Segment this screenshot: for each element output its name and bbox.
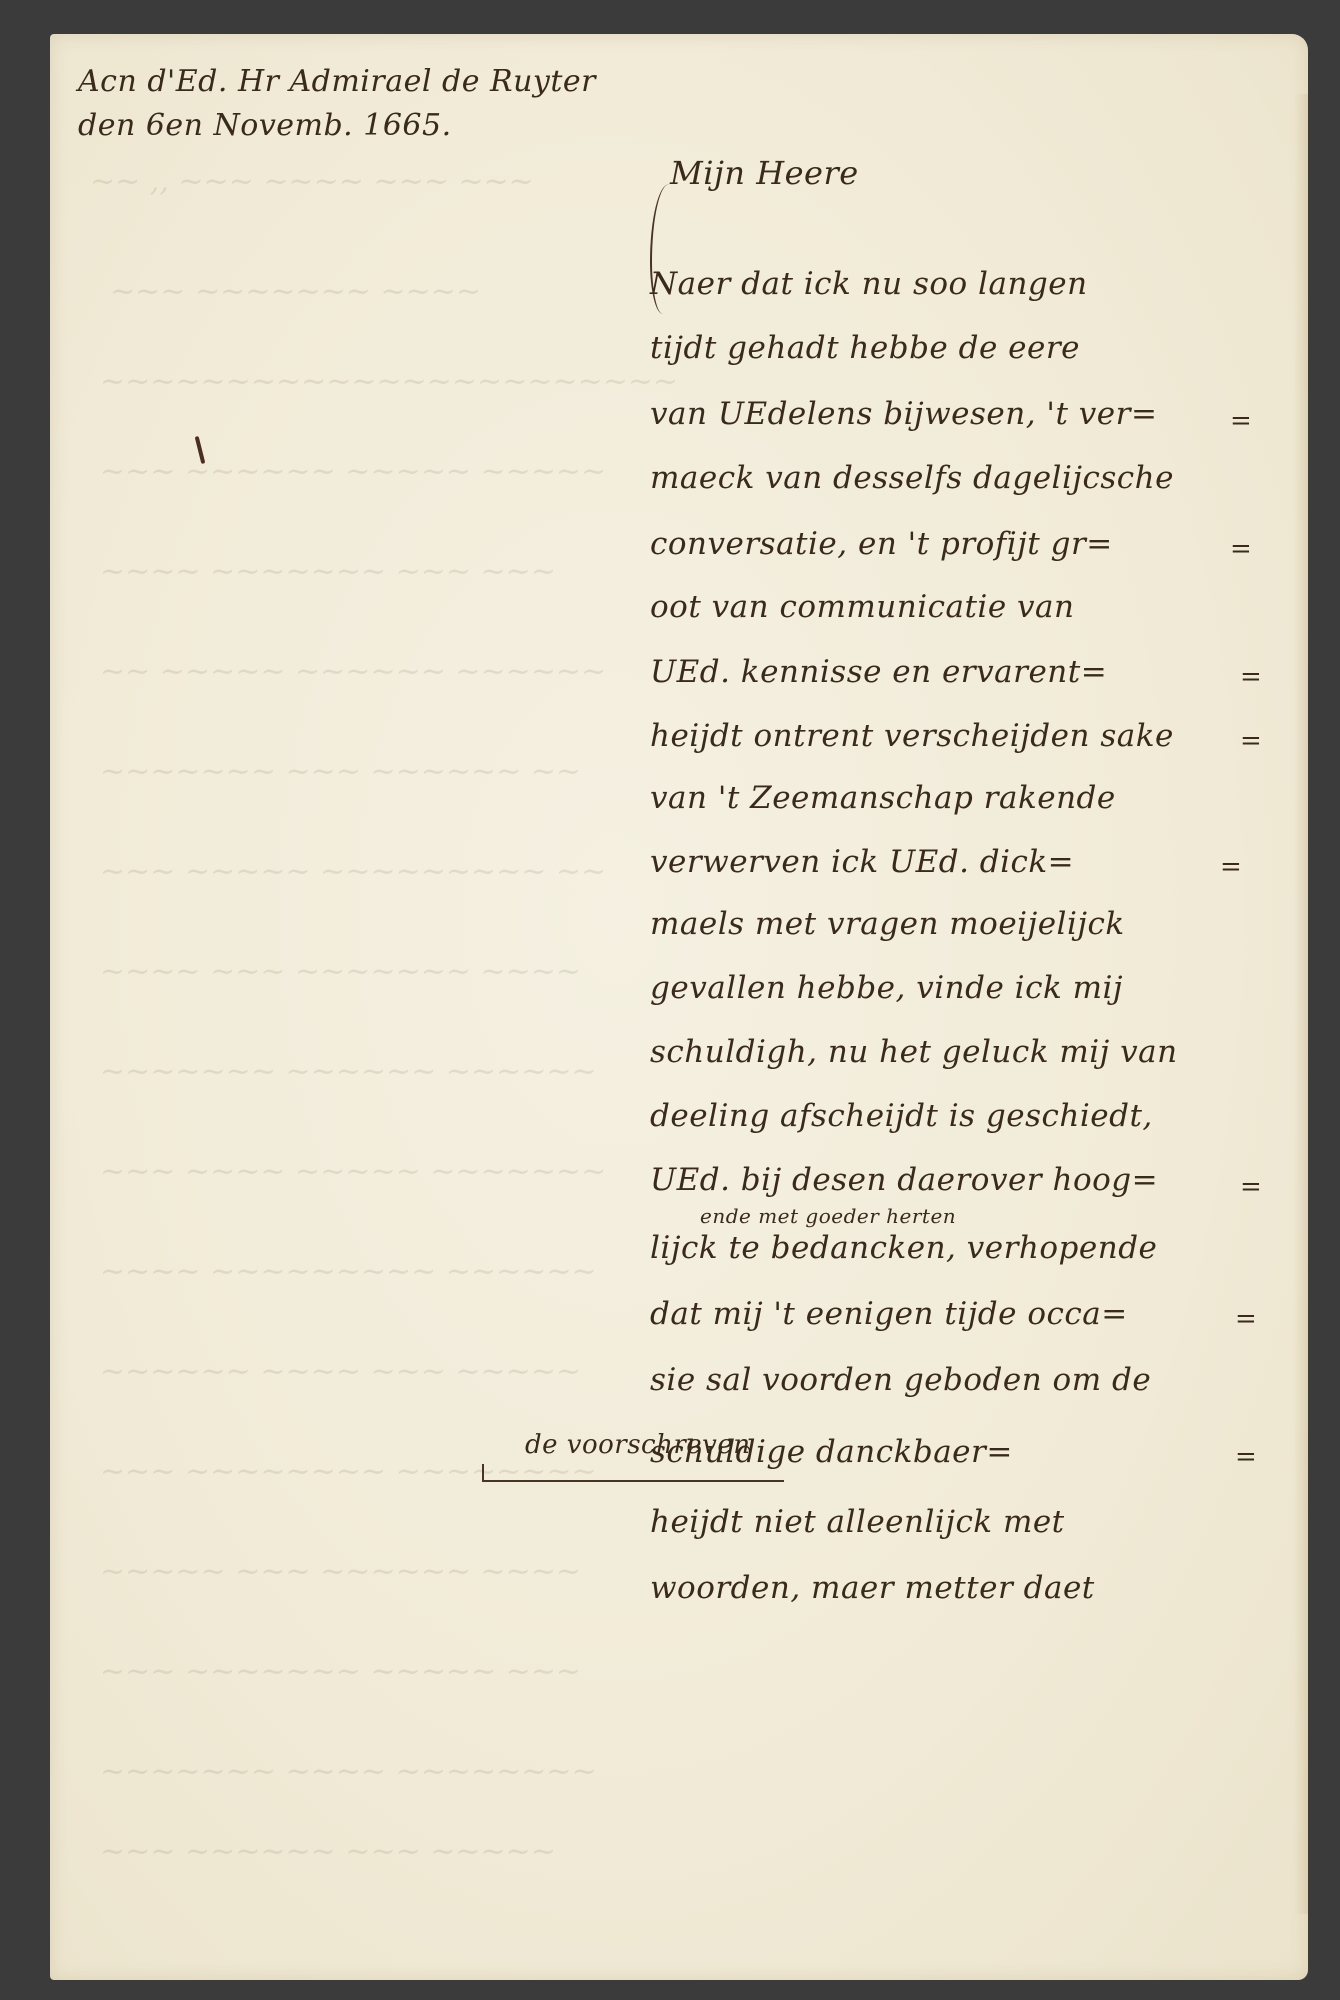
bleed-through-text: ~~~ ~~~~~~ ~~~ ~~~~~	[100, 1834, 556, 1869]
body-line: sie sal voorden geboden om de	[650, 1362, 1151, 1398]
interlinear-insertion: ende met goeder herten	[700, 1204, 956, 1228]
body-line: woorden, maer metter daet	[650, 1570, 1095, 1606]
body-line: conversatie, en 't profijt gr=	[650, 526, 1113, 562]
body-line: deeling afscheijdt is geschiedt,	[650, 1098, 1153, 1134]
body-line: verwerven ick UEd. dick=	[650, 844, 1074, 880]
bleed-through-text: ~~~~~~~ ~~~~~~ ~~~~~~	[100, 1054, 597, 1089]
bleed-through-text: ~~~~~~~ ~~~~ ~~~~~~~~	[100, 1754, 597, 1789]
hyphen-mark: =	[1240, 726, 1262, 756]
bleed-through-text: ~~ ~~~~~ ~~~~~~ ~~~~~~	[100, 654, 606, 689]
body-line: maeck van desselfs dagelijcsche	[650, 460, 1174, 496]
body-line: heijdt ontrent verscheijden sake	[650, 718, 1174, 754]
bleed-through-text: ~~~~~ ~~~ ~~~~~~ ~~~~	[100, 1554, 581, 1589]
bleed-through-text: ~~~ ~~~~ ~~~~~ ~~~~~~~	[100, 1154, 606, 1189]
body-line: gevallen hebbe, vinde ick mij	[650, 970, 1123, 1006]
manuscript-page: ~~ ,, ~~~ ~~~~ ~~~ ~~~ ~~~ ~~~~~~~ ~~~~ …	[50, 34, 1308, 1980]
header-line-1: Acn d'Ed. Hr Admirael de Ruyter	[78, 64, 596, 99]
body-line: lijck te bedancken, verhopende	[650, 1230, 1157, 1266]
hyphen-mark: =	[1220, 852, 1242, 882]
bleed-through-text: ~~~ ~~~~~~ ~~~~~ ~~~~~	[100, 454, 606, 489]
insertion-rule	[482, 1464, 784, 1482]
bleed-through-text: ~~~~~~~~~~~~~~~~~~~~~~~	[100, 364, 678, 399]
hyphen-mark: =	[1230, 406, 1252, 436]
bleed-through-text: ~~~ ~~~~~~~ ~~~~	[110, 274, 481, 309]
body-line: maels met vragen moeijelijck	[650, 906, 1125, 942]
bleed-through-text: ~~~~ ~~~~~~~ ~~~ ~~~	[100, 554, 556, 589]
bleed-through-text: ~~~~~~ ~~~~ ~~~ ~~~~~	[100, 1354, 581, 1389]
body-line: UEd. bij desen daerover hoog=	[650, 1162, 1158, 1198]
body-line: oot van communicatie van	[650, 589, 1075, 625]
bleed-through-text: ~~~~ ~~~~~~~~~ ~~~~~~	[100, 1254, 597, 1289]
body-line: van 't Zeemanschap rakende	[650, 780, 1116, 816]
bleed-through-text: ~~ ,, ~~~ ~~~~ ~~~ ~~~	[90, 164, 534, 199]
body-line: heijdt niet alleenlijck met	[650, 1504, 1065, 1540]
bleed-through-text: ~~~~ ~~~ ~~~~~~~ ~~~~	[100, 954, 581, 989]
scan-viewport: ~~ ,, ~~~ ~~~~ ~~~ ~~~ ~~~ ~~~~~~~ ~~~~ …	[0, 0, 1340, 2000]
body-line: Naer dat ick nu soo langen	[650, 266, 1088, 302]
hyphen-mark: =	[1235, 1304, 1257, 1334]
body-line: schuldigh, nu het geluck mij van	[650, 1034, 1178, 1070]
body-line: tijdt gehadt hebbe de eere	[650, 330, 1080, 366]
body-line: UEd. kennisse en ervarent=	[650, 654, 1107, 690]
header-line-2: den 6en Novemb. 1665.	[78, 108, 452, 143]
bleed-through-text: ~~~ ~~~~~~~ ~~~~~ ~~~	[100, 1654, 581, 1689]
bleed-through-text: ~~~~~~~ ~~~ ~~~~~~ ~~	[100, 754, 581, 789]
margin-insertion: de voorschreven	[525, 1430, 751, 1460]
body-line: dat mij 't eenigen tijde occa=	[650, 1296, 1128, 1332]
hyphen-mark: =	[1240, 662, 1262, 692]
hyphen-mark: =	[1240, 1172, 1262, 1202]
hyphen-mark: =	[1235, 1442, 1257, 1472]
salutation: Mijn Heere	[670, 154, 859, 192]
bleed-through-text: ~~~ ~~~~~ ~~~~~~~~~ ~~	[100, 854, 606, 889]
hyphen-mark: =	[1230, 534, 1252, 564]
body-line: van UEdelens bijwesen, 't ver=	[650, 396, 1157, 432]
